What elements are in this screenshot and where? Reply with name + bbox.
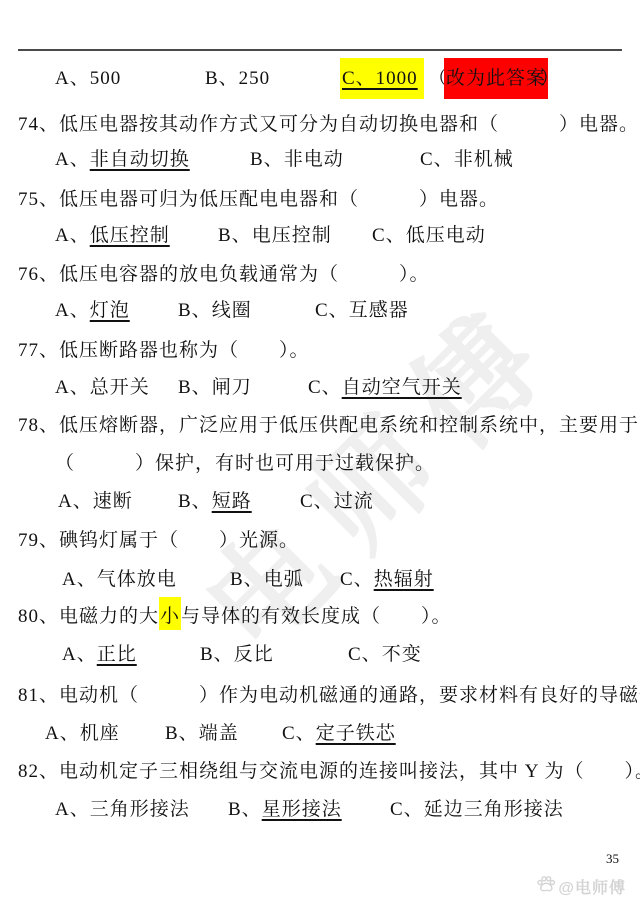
q81-option-b: B、端盖: [165, 721, 239, 747]
corner-watermark-text: @电师傅: [558, 875, 626, 898]
option-label: 闸刀: [212, 377, 252, 398]
question-text-pre: 80、电磁力的大: [18, 606, 159, 627]
q81-option-c: C、定子铁芯: [282, 721, 396, 747]
q80-option-b: B、反比: [200, 642, 274, 668]
question-78-text-line2: （ ）保护，有时也可用于过载保护。: [55, 451, 435, 477]
option-label: 低压电动: [406, 225, 486, 246]
q74-option-c: C、非机械: [420, 147, 514, 173]
option-label: 总开关: [90, 377, 150, 398]
option-prefix: C、: [348, 644, 382, 665]
answer-option-a: A、500: [55, 66, 121, 92]
document-page: 电师傅 A、500 B、250 C、1000 （ 改为此答案 ） 74、低压电器…: [0, 0, 640, 909]
option-prefix: B、: [165, 723, 199, 744]
q82-option-a: A、三角形接法: [55, 797, 190, 823]
option-label: 非电动: [284, 149, 344, 170]
q76-option-a: A、灯泡: [55, 298, 130, 324]
option-prefix: B、: [218, 225, 252, 246]
q78-option-c: C、过流: [300, 489, 374, 515]
option-label: 过流: [334, 491, 374, 512]
option-label: 正比: [97, 644, 137, 665]
option-label: 机座: [80, 723, 120, 744]
option-prefix: A、: [55, 377, 90, 398]
option-label: 线圈: [212, 300, 252, 321]
question-79-text: 79、碘钨灯属于（ ）光源。: [18, 528, 299, 554]
option-label: 延边三角形接法: [424, 799, 564, 820]
q77-option-a: A、总开关: [55, 375, 150, 401]
question-75-text: 75、低压电器可归为低压配电电器和（ ）电器。: [18, 187, 499, 213]
option-prefix: B、: [178, 491, 212, 512]
q75-option-a: A、低压控制: [55, 223, 170, 249]
q82-option-c: C、延边三角形接法: [390, 797, 564, 823]
option-label: 三角形接法: [90, 799, 190, 820]
option-label: 速断: [93, 491, 133, 512]
correction-note-close-paren: ）: [540, 66, 560, 92]
option-prefix: B、: [228, 799, 262, 820]
option-label: 电弧: [264, 569, 304, 590]
option-label: 气体放电: [97, 569, 177, 590]
option-prefix: C、: [282, 723, 316, 744]
red-highlight: 改为此答案: [444, 58, 548, 99]
option-label: 热辐射: [374, 569, 434, 590]
answer-option-c-highlighted: C、1000: [340, 58, 424, 99]
option-label: 非自动切换: [90, 149, 190, 170]
option-label: 不变: [382, 644, 422, 665]
question-81-text: 81、电动机（ ）作为电动机磁通的通路，要求材料有良好的导磁性能。: [18, 683, 640, 709]
paw-icon: [536, 874, 556, 899]
option-prefix: B、: [250, 149, 284, 170]
q76-option-c: C、互感器: [315, 298, 409, 324]
corner-watermark: @电师傅: [536, 874, 626, 899]
option-prefix: A、: [55, 300, 90, 321]
option-prefix: A、: [58, 491, 93, 512]
option-label: 端盖: [199, 723, 239, 744]
q75-option-b: B、电压控制: [218, 223, 332, 249]
q74-option-a: A、非自动切换: [55, 147, 190, 173]
option-label: 电压控制: [252, 225, 332, 246]
option-prefix: B、: [200, 644, 234, 665]
yellow-highlight: C、1000: [340, 58, 424, 99]
option-prefix: C、: [372, 225, 406, 246]
question-text-post: 与导体的有效长度成（ ）。: [181, 606, 452, 627]
option-prefix: C、: [340, 569, 374, 590]
q81-option-a: A、机座: [45, 721, 120, 747]
q79-option-b: B、电弧: [230, 567, 304, 593]
option-prefix: A、: [55, 225, 90, 246]
question-74-text: 74、低压电器按其动作方式又可分为自动切换电器和（ ）电器。: [18, 112, 639, 138]
option-prefix: A、: [55, 799, 90, 820]
option-label: 定子铁芯: [316, 723, 396, 744]
option-prefix: A、: [55, 149, 90, 170]
option-label: 非机械: [454, 149, 514, 170]
question-76-text: 76、低压电容器的放电负载通常为（ ）。: [18, 262, 430, 288]
option-prefix: C、: [308, 377, 342, 398]
option-label: 自动空气开关: [342, 377, 462, 398]
q79-option-a: A、气体放电: [62, 567, 177, 593]
option-label: 星形接法: [262, 799, 342, 820]
q79-option-c: C、热辐射: [340, 567, 434, 593]
option-label: 低压控制: [90, 225, 170, 246]
q82-option-b: B、星形接法: [228, 797, 342, 823]
option-prefix: B、: [178, 300, 212, 321]
option-prefix: A、: [62, 569, 97, 590]
question-82-text: 82、电动机定子三相绕组与交流电源的连接叫接法，其中 Y 为（ ）。: [18, 759, 640, 785]
q76-option-b: B、线圈: [178, 298, 252, 324]
option-prefix: A、: [45, 723, 80, 744]
option-prefix: B、: [230, 569, 264, 590]
question-77-text: 77、低压断路器也称为（ ）。: [18, 338, 310, 364]
option-prefix: C、: [420, 149, 454, 170]
q80-option-c: C、不变: [348, 642, 422, 668]
option-prefix: C、: [390, 799, 424, 820]
q77-option-b: B、闸刀: [178, 375, 252, 401]
header-rule: [18, 49, 622, 51]
option-label: 短路: [212, 491, 252, 512]
q80-option-a: A、正比: [62, 642, 137, 668]
q75-option-c: C、低压电动: [372, 223, 486, 249]
option-prefix: C、: [315, 300, 349, 321]
answer-option-b: B、250: [205, 66, 270, 92]
q78-option-a: A、速断: [58, 489, 133, 515]
option-prefix: B、: [178, 377, 212, 398]
question-78-text-line1: 78、低压熔断器，广泛应用于低压供配电系统和控制系统中，主要用于: [18, 413, 639, 439]
yellow-highlight-char: 小: [159, 597, 181, 630]
question-80-text: 80、电磁力的大小与导体的有效长度成（ ）。: [18, 604, 452, 630]
page-number: 35: [606, 851, 619, 867]
option-prefix: C、: [300, 491, 334, 512]
option-label: 互感器: [349, 300, 409, 321]
option-label: 灯泡: [90, 300, 130, 321]
correction-note: 改为此答案: [444, 58, 548, 99]
option-label: 反比: [234, 644, 274, 665]
q74-option-b: B、非电动: [250, 147, 344, 173]
option-prefix: A、: [62, 644, 97, 665]
q78-option-b: B、短路: [178, 489, 252, 515]
q77-option-c: C、自动空气开关: [308, 375, 462, 401]
